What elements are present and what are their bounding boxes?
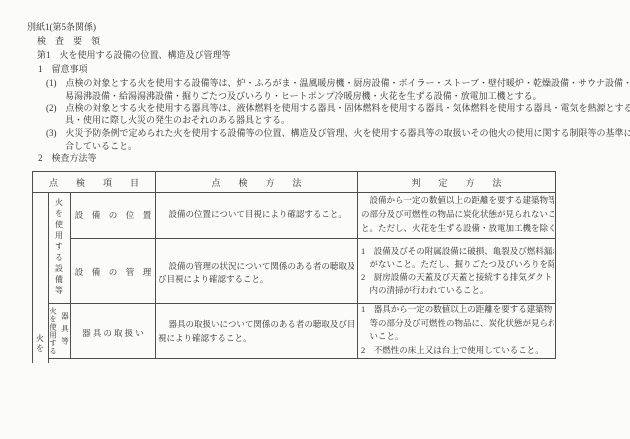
note-3-line-1: (3) 火災予防条例で定められた火を使用する設備等の位置、構造及び管理、火を使用… [46, 126, 630, 140]
section-heading: 第1 火を使用する設備の位置、構造及び管理等 [37, 48, 231, 62]
judgment-text-line: いこと。 [361, 330, 554, 343]
table-border-line [32, 192, 556, 193]
document-title: 検 査 要 領 [37, 34, 100, 48]
item-label-equipment-position: 設 備 の 位 置 [71, 208, 155, 222]
methods-heading: 2 検査方法等 [38, 151, 97, 165]
document-page: 別紙1(第5条関係) 検 査 要 領 第1 火を使用する設備の位置、構造及び管理… [0, 0, 630, 439]
judgment-text-line: と。ただし、火花を生ずる設備・放電加工機を除く。 [361, 222, 554, 235]
judgment-text-line: 2 厨房設備の天蓋及び天蓋と接続する排気ダクト [361, 271, 554, 284]
judgment-text-line: がないこと。ただし、掘りごたつ及びいろりを除く。 [361, 258, 554, 271]
judgment-text-line: 設備から一定の数値以上の距離を要する建築物等 [361, 194, 554, 207]
attachment-label: 別紙1(第5条関係) [27, 20, 96, 34]
method-text-line: 視により確認すること。 [158, 332, 354, 345]
table-border-line [48, 358, 556, 359]
col-header-inspection-item: 点 検 項 目 [33, 172, 155, 192]
row-group-fire-appliances-line1: 火を使用する [48, 307, 59, 355]
judgment-text-line: の部分及び可燃性の物品に炭化状態が見られないこ [361, 208, 554, 221]
note-1-line-1: (1) 点検の対象とする火を使用する設備等は、炉・ふろがま・温風暖房機・厨房設備… [46, 76, 630, 90]
col-header-judgment-method: 判 定 方 法 [358, 172, 555, 192]
table-border-line [155, 171, 156, 358]
row-group-fire-equipment: 火を使用する設備等 [48, 192, 70, 303]
table-border-line [70, 238, 556, 239]
item-label-equipment-management: 設 備 の 管 理 [71, 265, 155, 279]
method-text-line: 設備の位置について目視により確認すること。 [160, 208, 354, 221]
judgment-text-line: 等の部分及び可燃性の物品に、炭化状態が見られな [361, 317, 554, 330]
table-border-line [357, 171, 358, 358]
judgment-text-line: 内の清掃が行われていること。 [361, 284, 554, 297]
row-group-fire-appliances: 火を使用する 器具等 [48, 305, 70, 356]
outer-row-group-text: 火を [35, 334, 46, 354]
method-text-line: 器具の取扱いについて関係のある者の聴取及び目 [160, 318, 354, 331]
judgment-text-line: 1 設備及びその附属設備に破損、亀裂及び燃料漏れ [361, 245, 554, 258]
item-label-appliance-handling: 器 具 の 取 扱 い [71, 326, 155, 340]
judgment-text-line: 2 不燃性の床上又は台上で使用していること。 [361, 344, 554, 357]
row-group-fire-appliances-line2: 器具等 [60, 312, 71, 350]
method-text-line: 設備の管理の状況について関係のある者の聴取及 [160, 260, 354, 273]
note-2-line-2: 具・使用に際し火災の発生のおそれのある器具とする。 [65, 113, 290, 127]
judgment-text-line: 1 器具から一定の数値以上の距離を要する建築物 [361, 303, 554, 316]
table-border-line [555, 171, 556, 358]
col-header-inspection-method: 点 検 方 法 [156, 172, 357, 192]
outer-row-group-label: 火を [32, 330, 48, 358]
method-text-line: び目視により確認すること。 [158, 273, 354, 286]
notes-heading: 1 留意事項 [38, 62, 88, 76]
row-group-fire-equipment-text: 火を使用する設備等 [54, 198, 65, 297]
